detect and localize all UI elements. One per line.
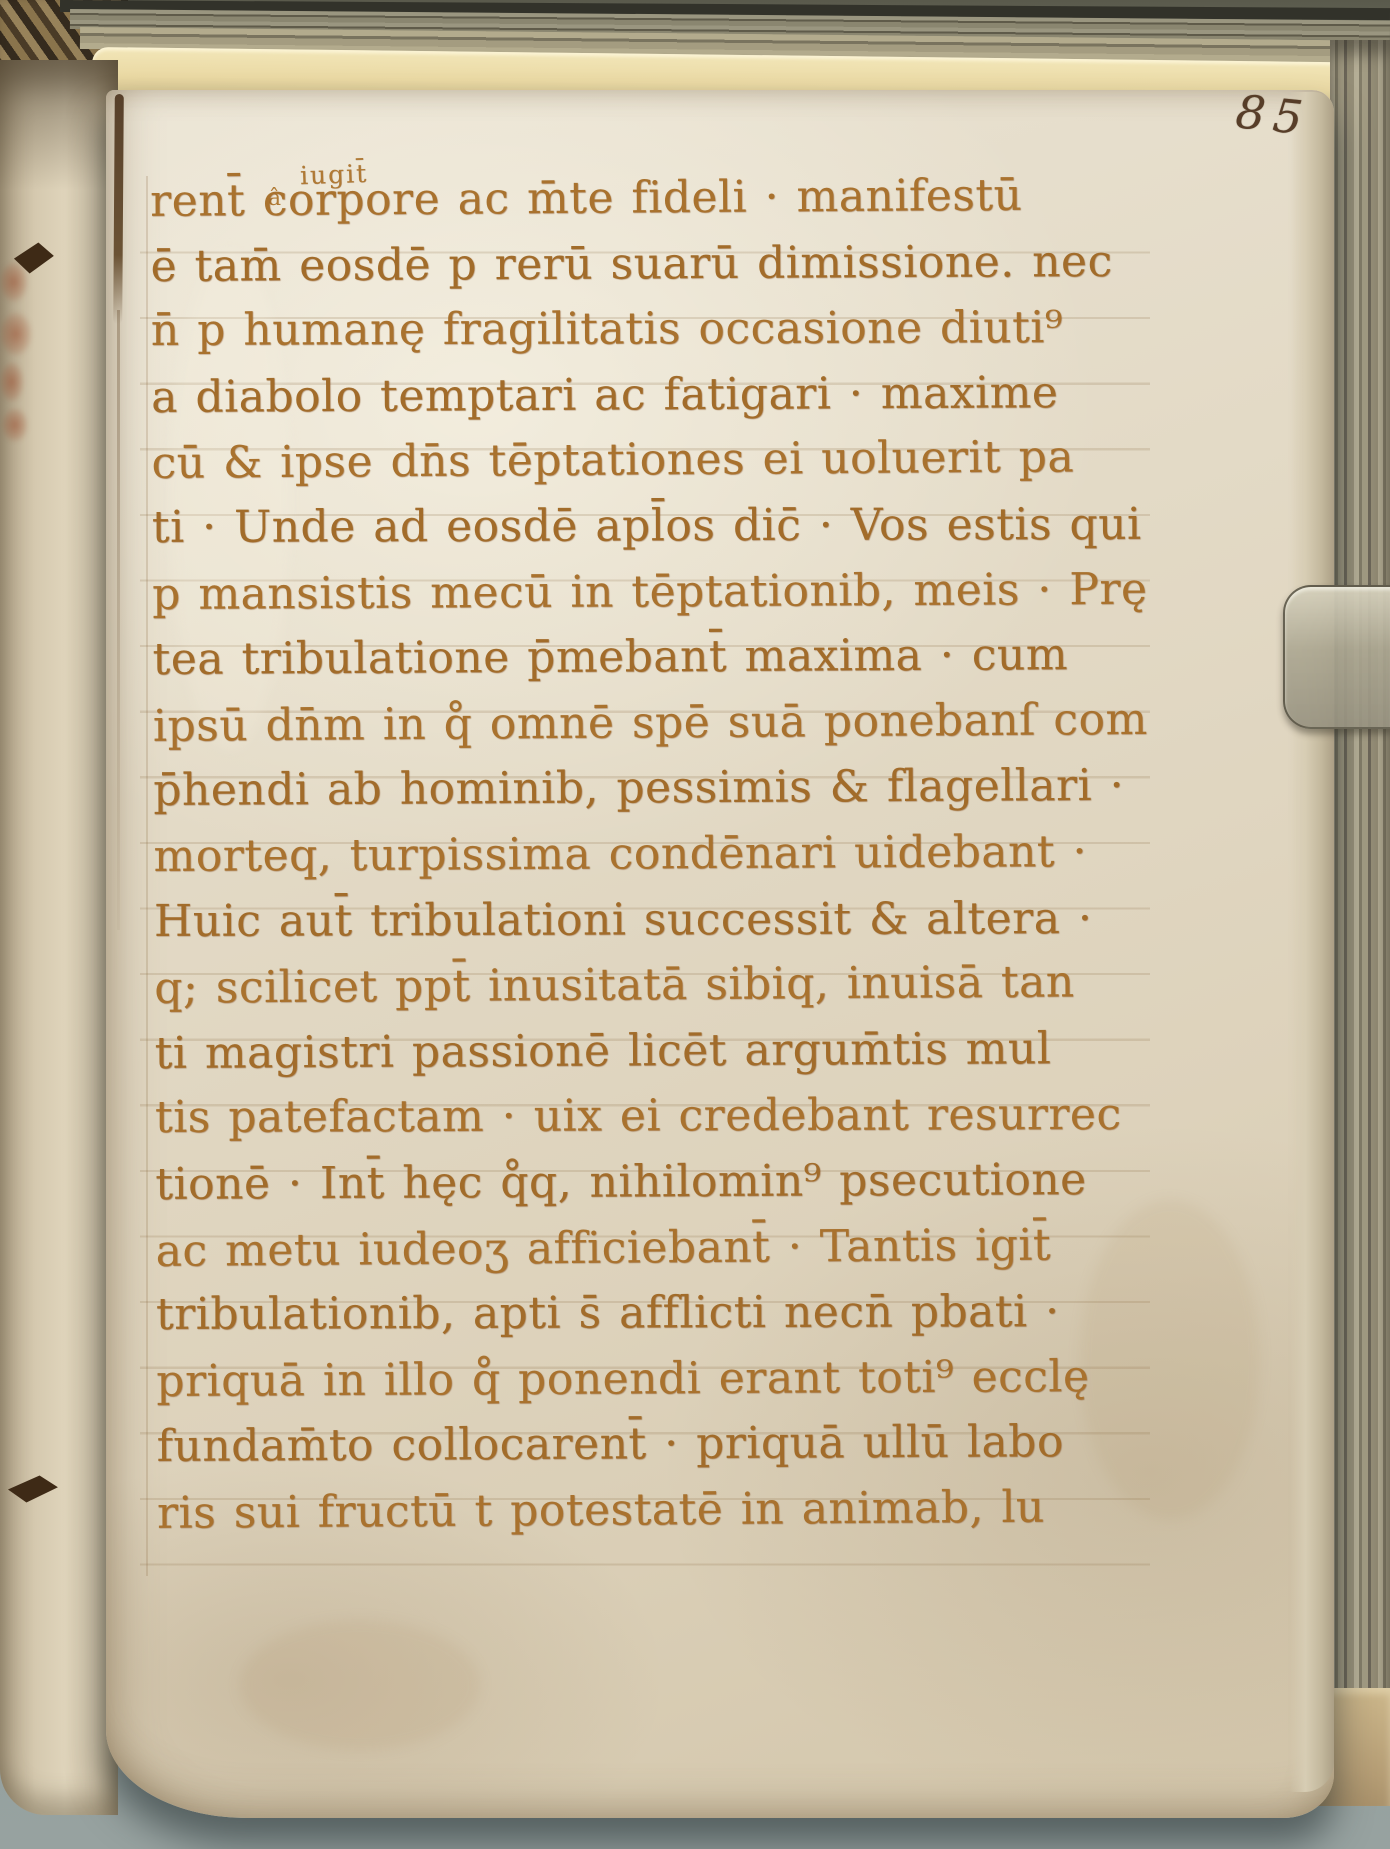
fore-edge-page-stack bbox=[1330, 40, 1390, 1795]
manuscript-line: p mansistis mecū in tēptationib, meis · … bbox=[152, 556, 1132, 627]
show-through-writing bbox=[0, 312, 32, 356]
manuscript-line: n̄ p humanę fragilitatis occasione diuti… bbox=[151, 295, 1131, 364]
manuscript-line: p̄hendi ab hominib, pessimis & flagellar… bbox=[153, 753, 1133, 824]
manuscript-line: tribulationib, apti s̄ afflicti necn̄ pb… bbox=[156, 1279, 1136, 1348]
manuscript-line: ac metu iudeoʒ afficiebant̄ · Tantis igi… bbox=[155, 1211, 1135, 1283]
manuscript-text-block: rent̄ corpore ac m̄te fideli · manifestū… bbox=[150, 163, 1137, 1546]
show-through-writing bbox=[0, 362, 24, 402]
manuscript-line: a diabolo temptari ac fatigari · maxime bbox=[151, 360, 1131, 431]
manuscript-line: ris sui fructū t potestatē in animab, lu bbox=[157, 1474, 1137, 1546]
manuscript-line: tis patefactam · uix ei credebant resurr… bbox=[155, 1082, 1135, 1151]
manuscript-line: fundam̄to collocarent̄ · priquā ullū lab… bbox=[157, 1409, 1137, 1480]
manuscript-line: q; scilicet ppt̄ inusitatā sibiq, inuisā… bbox=[154, 949, 1134, 1021]
manuscript-line: ē tam̄ eosdē p rerū suarū dimissione. ne… bbox=[150, 228, 1130, 299]
parchment-stain bbox=[240, 1620, 480, 1750]
manuscript-line: ti magistri passionē licēt argum̄tis mul bbox=[154, 1016, 1134, 1087]
gutter-crease bbox=[113, 94, 124, 324]
left-margin-ruling bbox=[146, 176, 148, 1576]
folio-number: 85 bbox=[1233, 84, 1313, 145]
manuscript-line: rent̄ corpore ac m̄te fideli · manifestū bbox=[150, 162, 1130, 234]
manuscript-line: ipsū dn̄m in q̊ omnē spē suā ponebanſ co… bbox=[153, 687, 1133, 759]
manuscript-photo: 85 â iugit̄ rent̄ corpore ac m̄te fideli… bbox=[0, 0, 1390, 1849]
fore-edge-tab bbox=[1283, 585, 1390, 729]
manuscript-line: priquā in illo q̊ ponendi erant toti⁹ ec… bbox=[156, 1344, 1136, 1415]
manuscript-line: tea tribulatione p̄mebant̄ maxima · cum bbox=[152, 622, 1132, 693]
manuscript-line: tionē · Int̄ hęc q̊q, nihilomin⁹ psecuti… bbox=[155, 1147, 1135, 1218]
manuscript-line: morteq, turpissima condēnari uidebant · bbox=[153, 819, 1133, 890]
gutter-shadow bbox=[0, 60, 118, 190]
manuscript-line: Huic aut̄ tribulationi successit & alter… bbox=[154, 885, 1134, 954]
gutter-crease-faint bbox=[117, 310, 120, 930]
manuscript-line: cū & ipse dn̄s tēptationes ei uoluerit p… bbox=[151, 424, 1131, 496]
show-through-writing bbox=[2, 408, 28, 442]
page-fore-edge-band bbox=[1290, 92, 1334, 1792]
manuscript-line: ti · Unde ad eosdē apl̄os dic̄ · Vos est… bbox=[152, 492, 1132, 561]
